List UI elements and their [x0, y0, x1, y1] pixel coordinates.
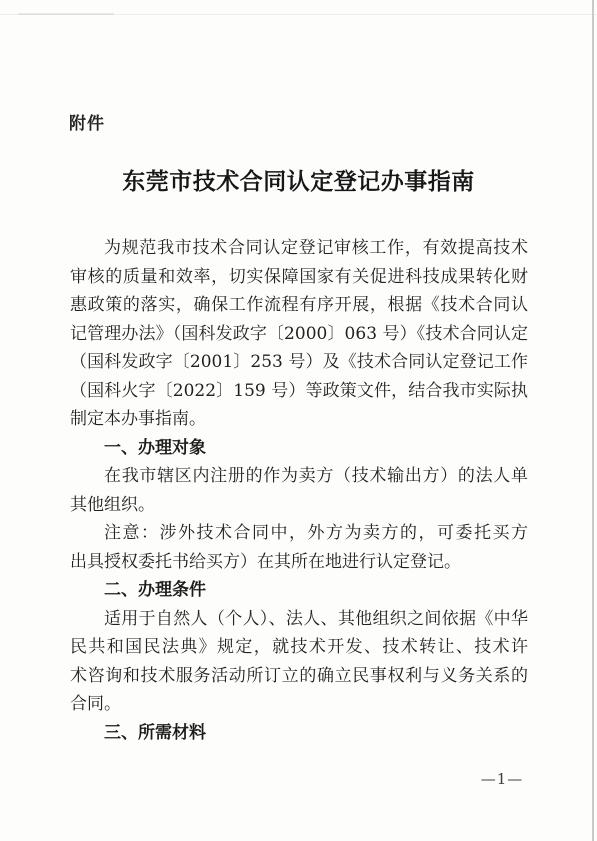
paragraph-line: 为规范我市技术合同认定登记审核工作，有效提高技术合同 [70, 234, 528, 263]
page-number: —1— [452, 770, 552, 788]
paragraph-line: 适用于自然人（个人）、法人、其他组织之间依据《中华人 [70, 605, 528, 634]
paragraph-line: （国科发政字〔2001〕253 号）及《技术合同认定登记工作指引》 [70, 348, 528, 377]
paragraph-line: 合同。 [70, 690, 528, 719]
scan-page-edge [592, 0, 594, 841]
section-heading-2: 二、办理条件 [70, 576, 528, 605]
attachment-label: 附件 [69, 109, 105, 134]
document-title: 东莞市技术合同认定登记办事指南 [0, 163, 597, 196]
section-heading-3: 三、所需材料 [70, 719, 528, 748]
paragraph-line: 民共和国民法典》规定，就技术开发、技术转让、技术许可、技 [70, 633, 528, 662]
paragraph-line: 惠政策的落实，确保工作流程有序开展，根据《技术合同认定登 [70, 291, 528, 320]
document-body: 为规范我市技术合同认定登记审核工作，有效提高技术合同 审核的质量和效率，切实保障… [70, 234, 528, 747]
paragraph-line: 术咨询和技术服务活动所订立的确立民事权利与义务关系的技术 [70, 662, 528, 691]
document-page: 附件 东莞市技术合同认定登记办事指南 为规范我市技术合同认定登记审核工作，有效提… [0, 0, 597, 841]
section-heading-1: 一、办理对象 [70, 434, 528, 463]
paragraph-line: 在我市辖区内注册的作为卖方（技术输出方）的法人单位和 [70, 462, 528, 491]
paragraph-line: 注意：涉外技术合同中，外方为卖方的，可委托买方（卖方 [70, 519, 528, 548]
paragraph-line: 制定本办事指南。 [70, 405, 528, 434]
paragraph-line: 记管理办法》（国科发政字〔2000〕063 号）《技术合同认定规则》 [70, 320, 528, 349]
paragraph-line: 出具授权委托书给买方）在其所在地进行认定登记。 [70, 548, 528, 577]
paragraph-line: 审核的质量和效率，切实保障国家有关促进科技成果转化财税优 [70, 263, 528, 292]
scan-artifact-smudge [18, 13, 114, 15]
paragraph-line: （国科火字〔2022〕159 号）等政策文件，结合我市实际执行情况， [70, 377, 528, 406]
paragraph-line: 其他组织。 [70, 491, 528, 520]
